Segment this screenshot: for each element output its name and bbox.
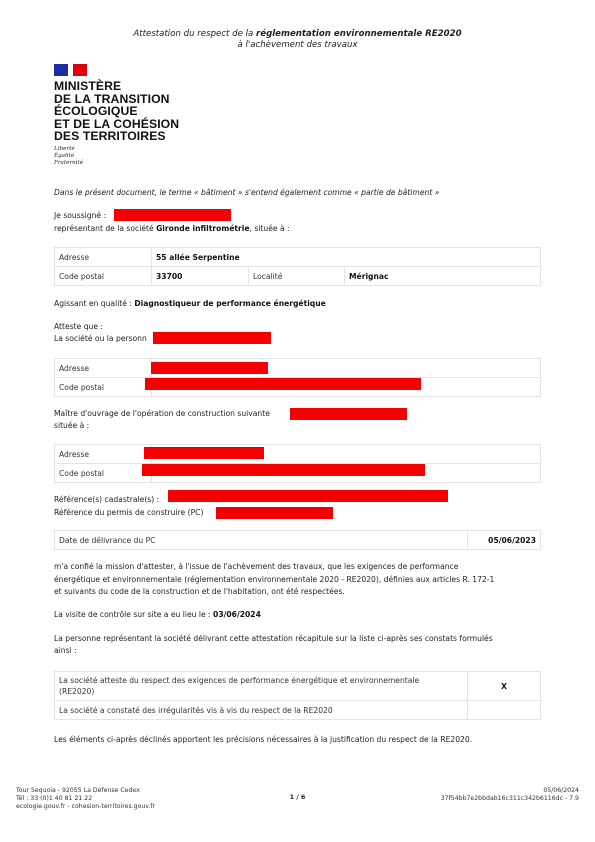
- attests-label: Atteste que :: [54, 321, 103, 332]
- redacted-person-name: [153, 332, 271, 344]
- owner-located: située à :: [54, 420, 89, 431]
- footer-websites: ecologie.gouv.fr - cohesion-territoires.…: [16, 803, 155, 811]
- visit-date: 03/06/2024: [213, 610, 261, 619]
- redacted-site-postal: [142, 464, 425, 476]
- summary-intro: La personne représentant la société déli…: [54, 633, 493, 657]
- city-value: Mérignac: [345, 267, 541, 286]
- address-label: Adresse: [55, 445, 152, 464]
- postal-value: 33700: [152, 267, 249, 286]
- permit-date-table: Date de délivrance du PC 05/06/2023: [54, 530, 541, 550]
- signatory-label: Je soussigné :: [54, 210, 106, 221]
- address-label: Adresse: [55, 248, 152, 267]
- redacted-signatory-name: [114, 209, 231, 221]
- title-bold: réglementation environnementale RE2020: [256, 29, 462, 39]
- cadastral-label: Référence(s) cadastrale(s) :: [54, 494, 159, 505]
- redacted-site-address: [144, 447, 264, 459]
- intro-note: Dans le présent document, le terme « bât…: [54, 187, 439, 198]
- postal-label: Code postal: [55, 267, 152, 286]
- role-value: Diagnostiqueur de performance énergétiqu…: [134, 299, 325, 308]
- redacted-permit-reference: [216, 507, 333, 519]
- postal-label: Code postal: [55, 464, 152, 483]
- visit-line: La visite de contrôle sur site a eu lieu…: [54, 609, 261, 620]
- permit-date-label: Date de délivrance du PC: [55, 531, 468, 550]
- document-title: Attestation du respect de la réglementat…: [0, 29, 595, 51]
- finding-mark: X: [468, 672, 541, 701]
- city-label: Localité: [249, 267, 345, 286]
- marianne-flag-icon: [54, 64, 87, 76]
- republic-motto: Liberté Égalité Fraternité: [54, 146, 83, 168]
- permit-label: Référence du permis de construire (PC): [54, 507, 203, 518]
- title-prefix: Attestation du respect de la: [133, 29, 256, 39]
- closing-text: Les éléments ci-après déclinés apportent…: [54, 734, 472, 745]
- footer-meta: 05/06/2024 37f54bb7e2bbdab16c311c342b611…: [441, 787, 579, 803]
- mission-text: m'a confié la mission d'attester, à l'is…: [54, 561, 494, 599]
- company-name: Gironde infiltrométrie: [156, 224, 249, 233]
- address-label: Adresse: [55, 359, 152, 378]
- redacted-owner-name: [290, 408, 407, 420]
- finding-row: La société a constaté des irrégularités …: [55, 701, 541, 720]
- role-line: Agissant en qualité : Diagnostiqueur de …: [54, 298, 326, 309]
- document-subtitle: à l'achèvement des travaux: [0, 40, 595, 51]
- findings-table: La société atteste du respect des exigen…: [54, 671, 541, 720]
- person-label: La société ou la personn: [54, 333, 147, 344]
- postal-label: Code postal: [55, 378, 152, 397]
- redacted-person-postal: [145, 378, 421, 390]
- finding-text: La société atteste du respect des exigen…: [55, 672, 468, 701]
- company-address-table: Adresse 55 allée Serpentine Code postal …: [54, 247, 541, 286]
- finding-text: La société a constaté des irrégularités …: [55, 701, 468, 720]
- owner-label: Maître d'ouvrage de l'opération de const…: [54, 408, 270, 419]
- footer-date: 05/06/2024: [441, 787, 579, 795]
- finding-row: La société atteste du respect des exigen…: [55, 672, 541, 701]
- permit-date-value: 05/06/2023: [468, 531, 541, 550]
- ministry-name: MINISTÈRE DE LA TRANSITION ÉCOLOGIQUE ET…: [54, 80, 179, 143]
- redacted-cadastral-reference: [168, 490, 448, 502]
- address-value: 55 allée Serpentine: [152, 248, 541, 267]
- finding-mark: [468, 701, 541, 720]
- footer-hash: 37f54bb7e2bbdab16c311c342b6116dc - 7.9: [441, 795, 579, 803]
- redacted-person-address: [151, 362, 268, 374]
- company-line: représentant de la société Gironde infil…: [54, 223, 290, 234]
